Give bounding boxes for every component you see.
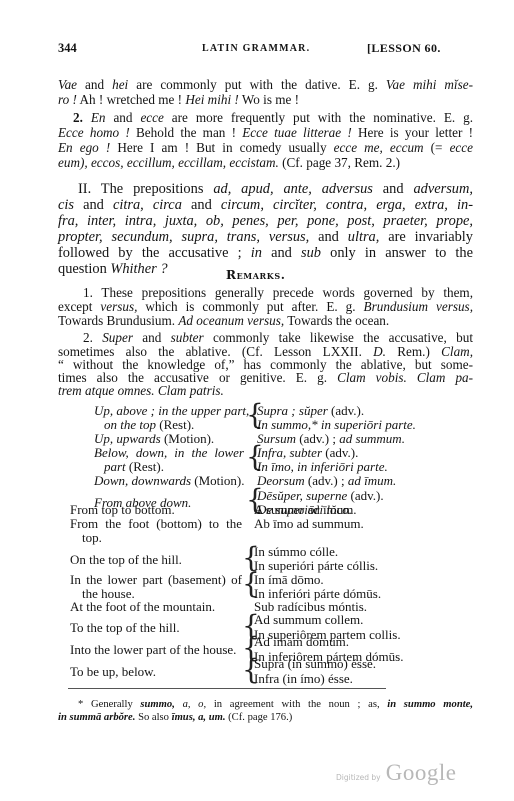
vocab-en: At the foot of the mountain. — [70, 599, 215, 615]
paragraph-en-line-3: En ego ! Here I am ! But in comedy usual… — [58, 140, 473, 156]
paragraph-en-line-4: eum), eccos, eccillum, eccillam, eccista… — [58, 155, 473, 171]
book-page: 344 LATIN GRAMMAR. [LESSON 60. Vae and h… — [0, 0, 514, 801]
footnote-line-2: in summā arbŏre. So also īmus, a, um. (C… — [58, 712, 292, 723]
vocab-en: Into the lower part of the house. — [70, 642, 236, 658]
vocab-en: To the top of the hill. — [70, 620, 180, 636]
paragraph-en-line-1: 2. En and ecce are more frequently put w… — [73, 110, 473, 126]
vocab-la: Deorsum (adv.) ; ad īmum. — [257, 473, 396, 489]
remarks-heading: Remarks. — [226, 268, 286, 282]
remark-2-line-5: trem atque omnes. Clam patris. — [58, 383, 473, 399]
vocab-en: Down, downwards (Motion). — [94, 473, 245, 489]
paragraph-vae-line-2: ro ! Ah ! wretched me ! Hei mihi ! Wo is… — [58, 92, 473, 108]
lesson-label: [LESSON 60. — [367, 41, 441, 56]
remark-1-line-3: Towards Brundusium. Ad oceanum versus, T… — [58, 313, 473, 329]
vocab-la: Supra (in súmmo) ésse. — [254, 656, 376, 672]
paragraph-en-line-2: Ecce homo ! Behold the man ! Ecce tuae l… — [58, 125, 473, 141]
vocab-en: To be up, below. — [70, 664, 156, 680]
vocab-la: Ad summum collem. — [254, 612, 363, 628]
google-logo-icon: Google — [386, 760, 457, 785]
section-ii-line-1: II. The prepositions ad, apud, ante, adv… — [78, 181, 473, 198]
vocab-en-cont: top. — [82, 530, 102, 546]
section-ii-line-2: cis and citra, circa and circum, circĭte… — [58, 197, 473, 214]
vocab-la: Ab īmo ad summum. — [254, 516, 364, 532]
section-ii-line-5: followed by the accusative ; in and sub … — [58, 245, 473, 262]
paragraph-vae-line-1: Vae and hei are commonly put with the da… — [58, 77, 473, 93]
digitized-by-google-watermark: Digitized by Google — [336, 760, 456, 786]
page-number: 344 — [58, 41, 77, 56]
vocab-la: Infra (in ímo) ésse. — [254, 671, 353, 687]
footnote-line-1: * Generally summo, a, o, in agreement wi… — [78, 699, 473, 710]
vocab-la: Ad ímam dómum. — [254, 634, 349, 650]
vocab-en: On the top of the hill. — [70, 552, 182, 568]
running-title: LATIN GRAMMAR. — [202, 43, 310, 54]
section-ii-line-3: fra, inter, intra, juxta, ob, penes, per… — [58, 213, 473, 230]
section-ii-line-4: propter, secundum, supra, trans, versus,… — [58, 229, 473, 246]
footnote-divider — [68, 688, 386, 689]
